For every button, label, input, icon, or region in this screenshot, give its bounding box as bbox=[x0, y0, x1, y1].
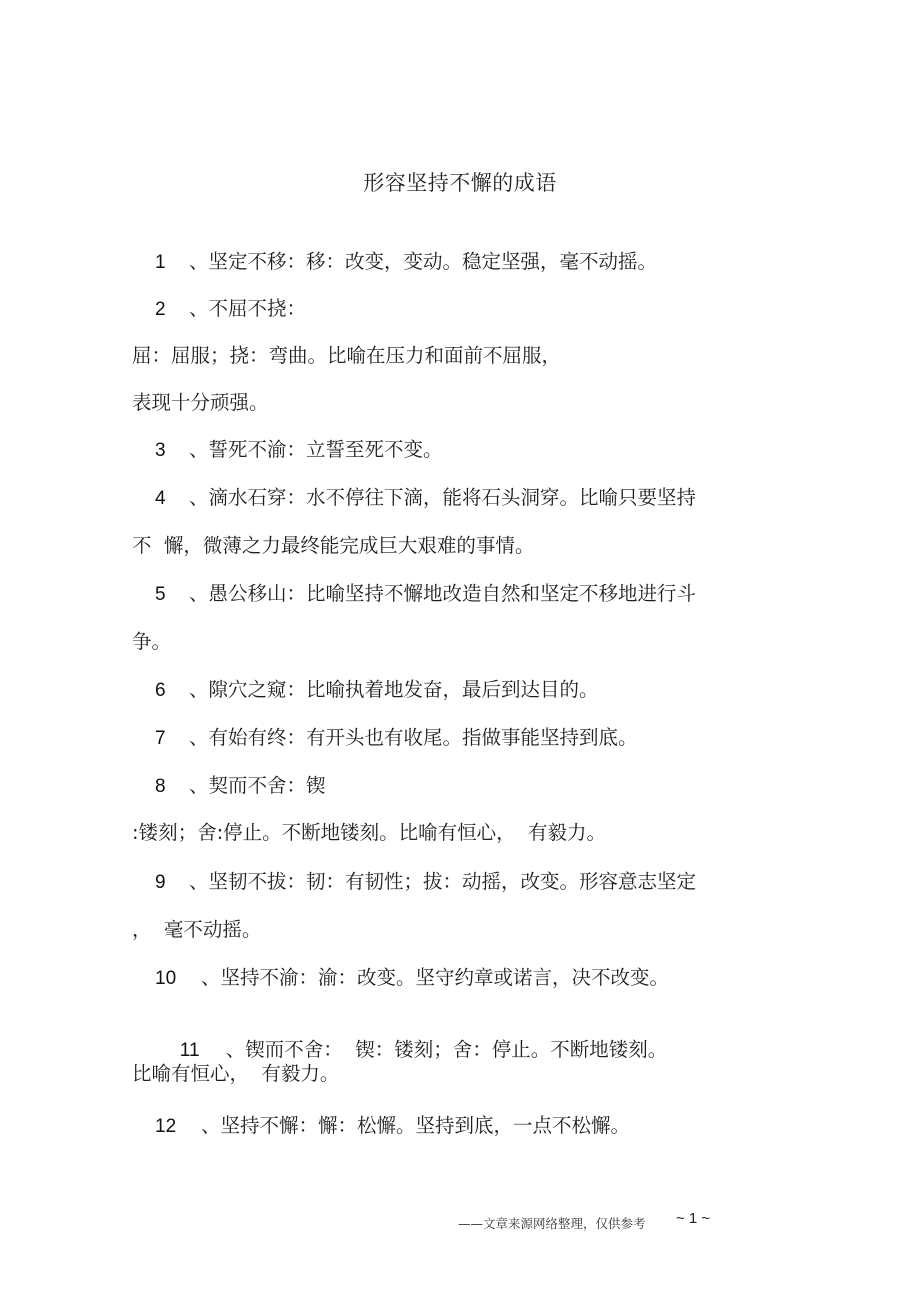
entry-9-continuation: ， 毫不动摇。 bbox=[132, 918, 261, 942]
entry-text: 、契而不舍：锲 bbox=[189, 774, 326, 797]
entry-number: 4 bbox=[155, 487, 189, 511]
entry-text: 、不屈不挠： bbox=[189, 297, 306, 320]
entry-text: 、坚持不渝：渝：改变。坚守约章或诺言，决不改变。 bbox=[201, 966, 669, 989]
entry-8: 8、契而不舍：锲 bbox=[155, 774, 326, 799]
entry-11-continuation: 比喻有恒心， 有毅力。 bbox=[132, 1062, 339, 1086]
entry-number: 7 bbox=[155, 727, 189, 751]
entry-1: 1、坚定不移：移：改变，变动。稳定坚强，毫不动摇。 bbox=[155, 250, 657, 275]
footer-source-note: ——文章来源网络整理，仅供参考 bbox=[458, 1214, 646, 1232]
entry-2: 2、不屈不挠： bbox=[155, 297, 306, 322]
entry-number: 10 bbox=[155, 967, 201, 991]
entry-text: 、愚公移山：比喻坚持不懈地改造自然和坚定不移地进行斗 bbox=[189, 582, 696, 605]
entry-2-continuation: 屈：屈服；挠：弯曲。比喻在压力和面前不屈服， bbox=[132, 344, 561, 368]
entry-number: 2 bbox=[155, 298, 189, 322]
entry-text: 、隙穴之窥：比喻执着地发奋，最后到达目的。 bbox=[189, 678, 599, 701]
entry-number: 6 bbox=[155, 679, 189, 703]
entry-text: 、誓死不渝：立誓至死不变。 bbox=[189, 438, 443, 461]
entry-number: 11 bbox=[180, 1039, 226, 1063]
document-title: 形容坚持不懈的成语 bbox=[0, 167, 920, 197]
entry-4: 4、滴水石穿：水不停往下滴，能将石头洞穿。比喻只要坚持 bbox=[155, 486, 696, 511]
entry-8-continuation: :镂刻；舍:停止。不断地镂刻。比喻有恒心， 有毅力。 bbox=[132, 821, 606, 845]
entry-text: 、锲而不舍： 锲：镂刻；舍：停止。不断地镂刻。 bbox=[226, 1038, 667, 1061]
entry-number: 8 bbox=[155, 775, 189, 799]
entry-2-continuation: 表现十分顽强。 bbox=[132, 391, 269, 415]
entry-4-continuation: 不 懈，微薄之力最终能完成巨大艰难的事情。 bbox=[132, 534, 534, 558]
entry-number: 5 bbox=[155, 583, 189, 607]
entry-text: 、坚持不懈：懈：松懈。坚持到底，一点不松懈。 bbox=[201, 1114, 630, 1137]
entry-number: 3 bbox=[155, 439, 189, 463]
entry-12: 12、坚持不懈：懈：松懈。坚持到底，一点不松懈。 bbox=[155, 1114, 630, 1139]
entry-text: 、坚韧不拔：韧：有韧性；拔：动摇，改变。形容意志坚定 bbox=[189, 870, 696, 893]
entry-6: 6、隙穴之窥：比喻执着地发奋，最后到达目的。 bbox=[155, 678, 599, 703]
entry-3: 3、誓死不渝：立誓至死不变。 bbox=[155, 438, 443, 463]
entry-text: 、滴水石穿：水不停往下滴，能将石头洞穿。比喻只要坚持 bbox=[189, 486, 696, 509]
page-number: ~ 1 ~ bbox=[676, 1210, 710, 1227]
entry-number: 12 bbox=[155, 1115, 201, 1139]
entry-number: 1 bbox=[155, 251, 189, 275]
entry-9: 9、坚韧不拔：韧：有韧性；拔：动摇，改变。形容意志坚定 bbox=[155, 870, 696, 895]
entry-7: 7、有始有终：有开头也有收尾。指做事能坚持到底。 bbox=[155, 726, 638, 751]
entry-text: 、坚定不移：移：改变，变动。稳定坚强，毫不动摇。 bbox=[189, 250, 657, 273]
entry-5: 5、愚公移山：比喻坚持不懈地改造自然和坚定不移地进行斗 bbox=[155, 582, 696, 607]
entry-5-continuation: 争。 bbox=[132, 630, 171, 654]
entry-text: 、有始有终：有开头也有收尾。指做事能坚持到底。 bbox=[189, 726, 638, 749]
entry-number: 9 bbox=[155, 871, 189, 895]
entry-10: 10、坚持不渝：渝：改变。坚守约章或诺言，决不改变。 bbox=[155, 966, 669, 991]
